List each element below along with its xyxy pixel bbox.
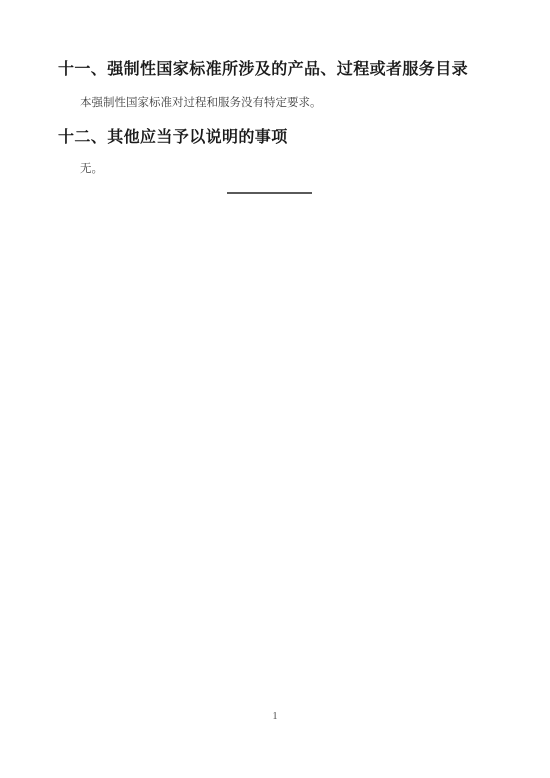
document-content: 十一、强制性国家标准所涉及的产品、过程或者服务目录 本强制性国家标准对过程和服务… bbox=[0, 0, 550, 176]
section-body-12: 无。 bbox=[80, 162, 510, 176]
section-body-11: 本强制性国家标准对过程和服务没有特定要求。 bbox=[80, 96, 510, 110]
section-heading-11: 十一、强制性国家标准所涉及的产品、过程或者服务目录 bbox=[58, 60, 510, 79]
page-number: 1 bbox=[0, 711, 550, 722]
document-page: 十一、强制性国家标准所涉及的产品、过程或者服务目录 本强制性国家标准对过程和服务… bbox=[0, 0, 550, 778]
document-end-rule bbox=[227, 192, 312, 194]
section-heading-12: 十二、其他应当予以说明的事项 bbox=[58, 128, 510, 147]
